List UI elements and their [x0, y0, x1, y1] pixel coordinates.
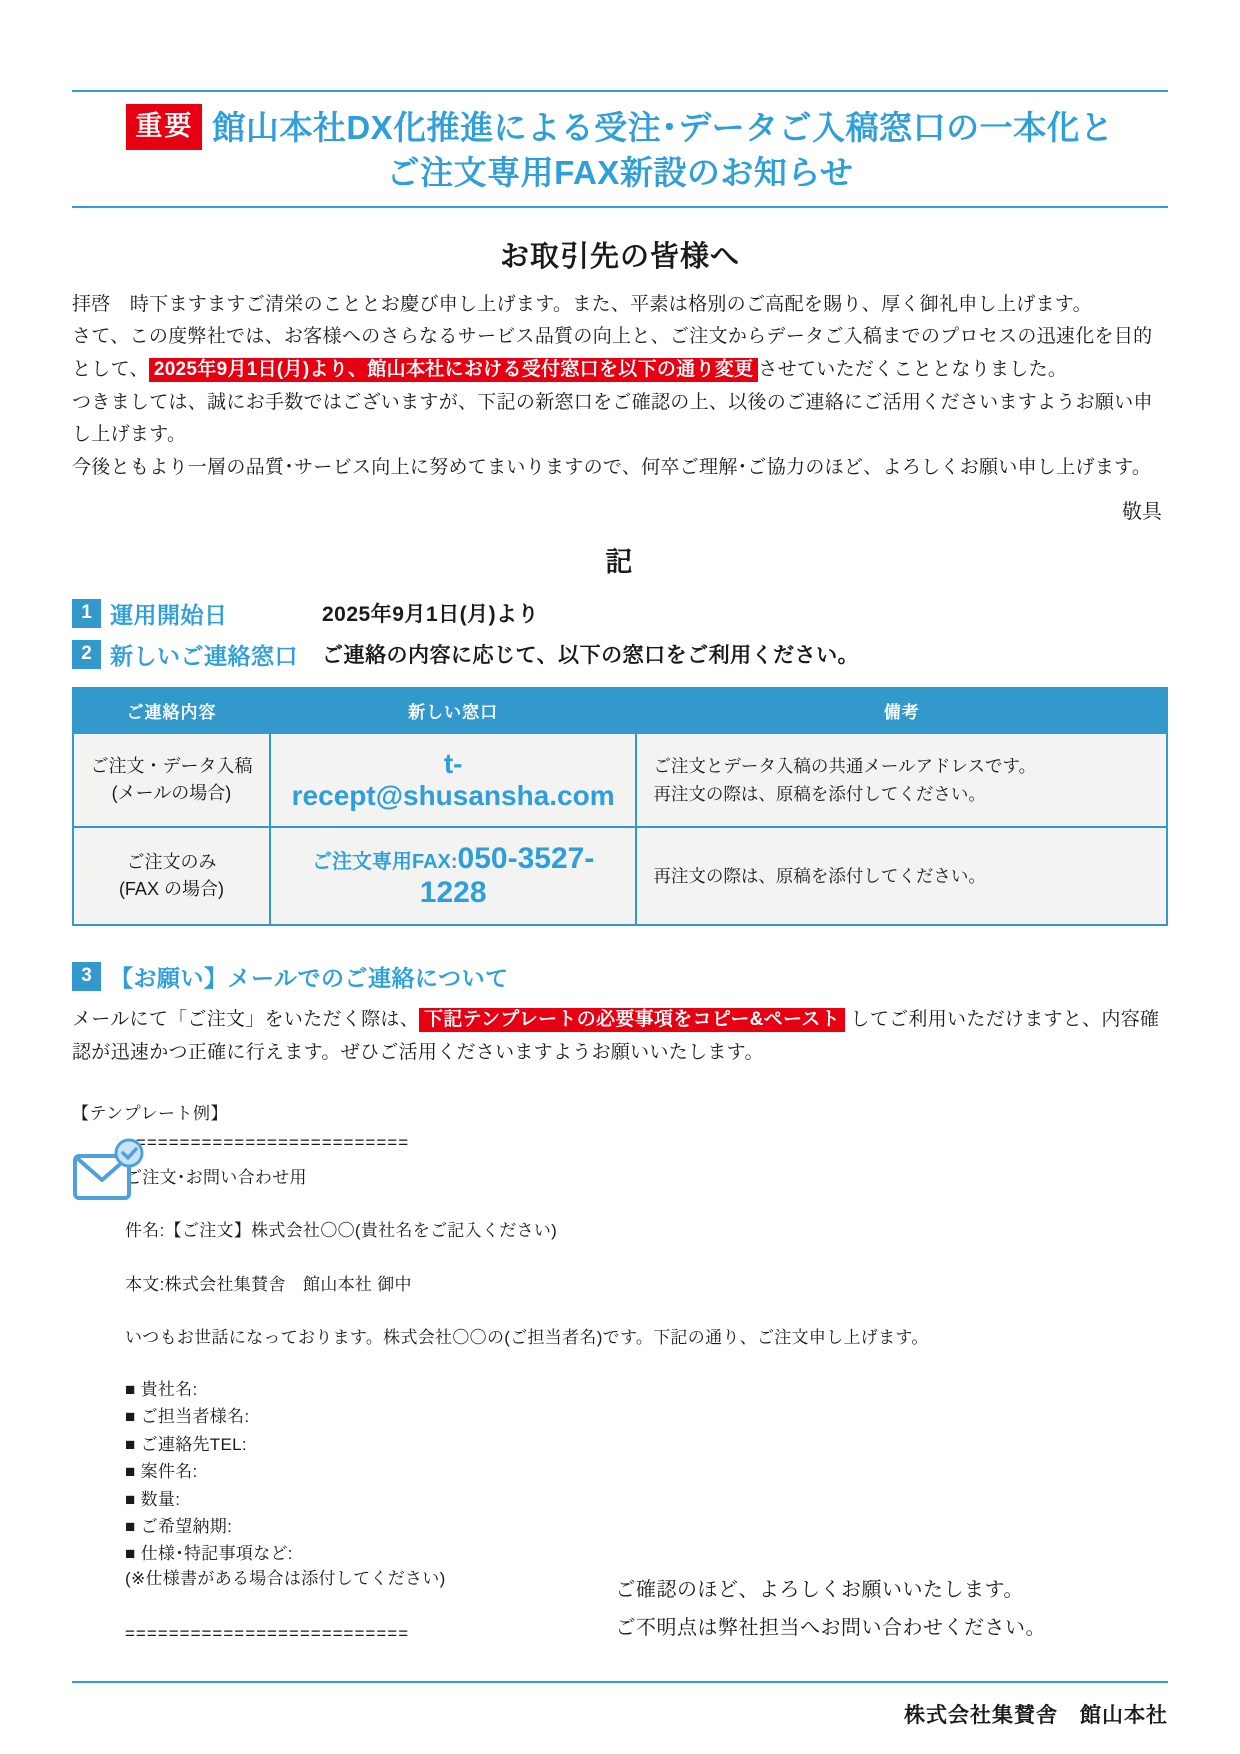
template-field: ■ ご希望納期: — [125, 1516, 1168, 1538]
addressee-heading: お取引先の皆様へ — [72, 234, 1168, 275]
email-note-line2: 再注文の際は、原稿を添付してください。 — [653, 780, 1150, 808]
title-line-1: 重要館山本社DX化推進による受注･データご入稿窓口の一本化と — [72, 104, 1168, 151]
table-row-fax: ご注文のみ (FAX の場合) ご注文専用FAX:050-3527-1228 再… — [73, 827, 1167, 925]
item-value-new-contact: ご連絡の内容に応じて、以下の窓口をご利用ください。 — [322, 639, 859, 669]
cell-email-address: t-recept@shusansha.com — [270, 733, 636, 827]
notice-items: 1 運用開始日 2025年9月1日(月)より 2 新しいご連絡窓口 ご連絡の内容… — [72, 597, 1168, 671]
closing-note-line2: ご不明点は弊社担当へお問い合わせください。 — [616, 1609, 1047, 1647]
paragraph-request: つきましては、誠にお手数ではございますが、下記の新窓口をご確認の上、以後のご連絡… — [72, 387, 1168, 452]
important-badge: 重要 — [126, 104, 202, 150]
footer-divider-line — [72, 1681, 1168, 1683]
company-signature: 株式会社集賛舎 館山本社 — [72, 1699, 1168, 1729]
item-start-date: 1 運用開始日 2025年9月1日(月)より — [72, 597, 1168, 630]
cell-email-note: ご注文とデータ入稿の共通メールアドレスです。 再注文の際は、原稿を添付してくださ… — [636, 733, 1167, 827]
template-bottom-left: (※仕様書がある場合は添付してください) ===================… — [125, 1566, 446, 1647]
template-example-block: ========================== ご注文･お問い合わせ用 件… — [72, 1130, 1168, 1647]
template-field: ■ 仕様･特記事項など: — [125, 1543, 1168, 1565]
title-text-line1: 館山本社DX化推進による受注･データご入稿窓口の一本化と — [212, 109, 1113, 146]
fax-type-line2: (FAX の場合) — [90, 876, 253, 903]
section3-title: 【お願い】メールでのご連絡について — [110, 960, 509, 993]
template-field-list: ■ 貴社名:■ ご担当者様名:■ ご連絡先TEL:■ 案件名:■ 数量:■ ご希… — [125, 1379, 1168, 1566]
fax-label: ご注文専用FAX: — [312, 851, 458, 873]
title-bottom-divider-line — [72, 206, 1168, 208]
template-field: ■ ご連絡先TEL: — [125, 1434, 1168, 1456]
template-bottom-row: (※仕様書がある場合は添付してください) ===================… — [125, 1566, 1168, 1647]
item-number-2: 2 — [72, 640, 101, 669]
highlight-template-request: 下記テンプレートの必要事項をコピー&ペースト — [419, 1008, 845, 1032]
email-note-line1: ご注文とデータ入稿の共通メールアドレスです。 — [653, 752, 1150, 780]
letter-body: 拝啓 時下ますますご清栄のこととお慶び申し上げます。また、平素は格別のご高配を賜… — [72, 289, 1168, 485]
top-divider-line — [72, 90, 1168, 92]
item-label-new-contact: 新しいご連絡窓口 — [110, 638, 322, 671]
template-title: ご注文･お問い合わせ用 — [125, 1165, 1168, 1191]
template-intro: いつもお世話になっております。株式会社〇〇の(ご担当者名)です。下記の通り、ご注… — [125, 1325, 1168, 1351]
template-subject: 件名:【ご注文】株式会社〇〇(貴社名をご記入ください) — [125, 1218, 1168, 1244]
title-text-line2: ご注文専用FAX新設のお知らせ — [72, 151, 1168, 196]
header-contact-type: ご連絡内容 — [73, 688, 270, 733]
record-mark: 記 — [72, 540, 1168, 579]
template-divider-top: ========================== — [125, 1130, 1168, 1156]
item-label-start-date: 運用開始日 — [110, 597, 322, 630]
cell-fax-number: ご注文専用FAX:050-3527-1228 — [270, 827, 636, 925]
template-attachment-note: (※仕様書がある場合は添付してください) — [125, 1566, 446, 1592]
envelope-check-icon — [72, 1138, 146, 1210]
item-number-1: 1 — [72, 599, 101, 628]
email-address: t-recept@shusansha.com — [292, 748, 615, 811]
paragraph-announcement: さて、この度弊社では、お客様へのさらなるサービス品質の向上と、ご注文からデータご… — [72, 321, 1168, 386]
notice-document: 重要館山本社DX化推進による受注･データご入稿窓口の一本化と ご注文専用FAX新… — [0, 0, 1240, 1754]
email-type-line2: (メールの場合) — [90, 780, 253, 807]
announcement-post: させていただくこととなりました。 — [758, 359, 1067, 380]
header-remarks: 備考 — [636, 688, 1167, 733]
closing-word: 敬具 — [72, 495, 1168, 524]
closing-notes: ご確認のほど、よろしくお願いいたします。 ご不明点は弊社担当へお問い合わせくださ… — [616, 1571, 1047, 1647]
item-new-contact: 2 新しいご連絡窓口 ご連絡の内容に応じて、以下の窓口をご利用ください。 — [72, 638, 1168, 671]
paragraph-salutation: 拝啓 時下ますますご清栄のこととお慶び申し上げます。また、平素は格別のご高配を賜… — [72, 289, 1168, 322]
item-number-3: 3 — [72, 962, 101, 991]
header-new-window: 新しい窓口 — [270, 688, 636, 733]
paragraph-goodwill: 今後ともより一層の品質･サービス向上に努めてまいりますので、何卒ご理解･ご協力の… — [72, 452, 1168, 485]
section3-paragraph: メールにて「ご注文」をいただく際は、下記テンプレートの必要事項をコピー&ペースト… — [72, 1003, 1168, 1070]
page-title: 重要館山本社DX化推進による受注･データご入稿窓口の一本化と ご注文専用FAX新… — [72, 104, 1168, 196]
template-field: ■ 貴社名: — [125, 1379, 1168, 1401]
closing-note-line1: ご確認のほど、よろしくお願いいたします。 — [616, 1571, 1047, 1609]
template-example-label: 【テンプレート例】 — [72, 1099, 1168, 1124]
template-field: ■ 数量: — [125, 1489, 1168, 1511]
table-row-email: ご注文・データ入稿 (メールの場合) t-recept@shusansha.co… — [73, 733, 1167, 827]
email-type-line1: ご注文・データ入稿 — [90, 753, 253, 780]
template-addressee: 本文:株式会社集賛舎 館山本社 御中 — [125, 1272, 1168, 1298]
fax-note-line1: 再注文の際は、原稿を添付してください。 — [653, 862, 1150, 890]
template-field: ■ 案件名: — [125, 1461, 1168, 1483]
cell-fax-type: ご注文のみ (FAX の場合) — [73, 827, 270, 925]
template-divider-bottom: ========================== — [125, 1621, 446, 1647]
item-value-start-date: 2025年9月1日(月)より — [322, 598, 539, 628]
contact-table: ご連絡内容 新しい窓口 備考 ご注文・データ入稿 (メールの場合) t-rece… — [72, 687, 1168, 926]
section3-heading: 3 【お願い】メールでのご連絡について — [72, 960, 1168, 993]
table-header-row: ご連絡内容 新しい窓口 備考 — [73, 688, 1167, 733]
cell-email-type: ご注文・データ入稿 (メールの場合) — [73, 733, 270, 827]
cell-fax-note: 再注文の際は、原稿を添付してください。 — [636, 827, 1167, 925]
template-field: ■ ご担当者様名: — [125, 1406, 1168, 1428]
fax-type-line1: ご注文のみ — [90, 849, 253, 876]
highlight-change-notice: 2025年9月1日(月)より、館山本社における受付窓口を以下の通り変更 — [149, 358, 759, 382]
section3-pre: メールにて「ご注文」をいただく際は、 — [72, 1009, 419, 1030]
